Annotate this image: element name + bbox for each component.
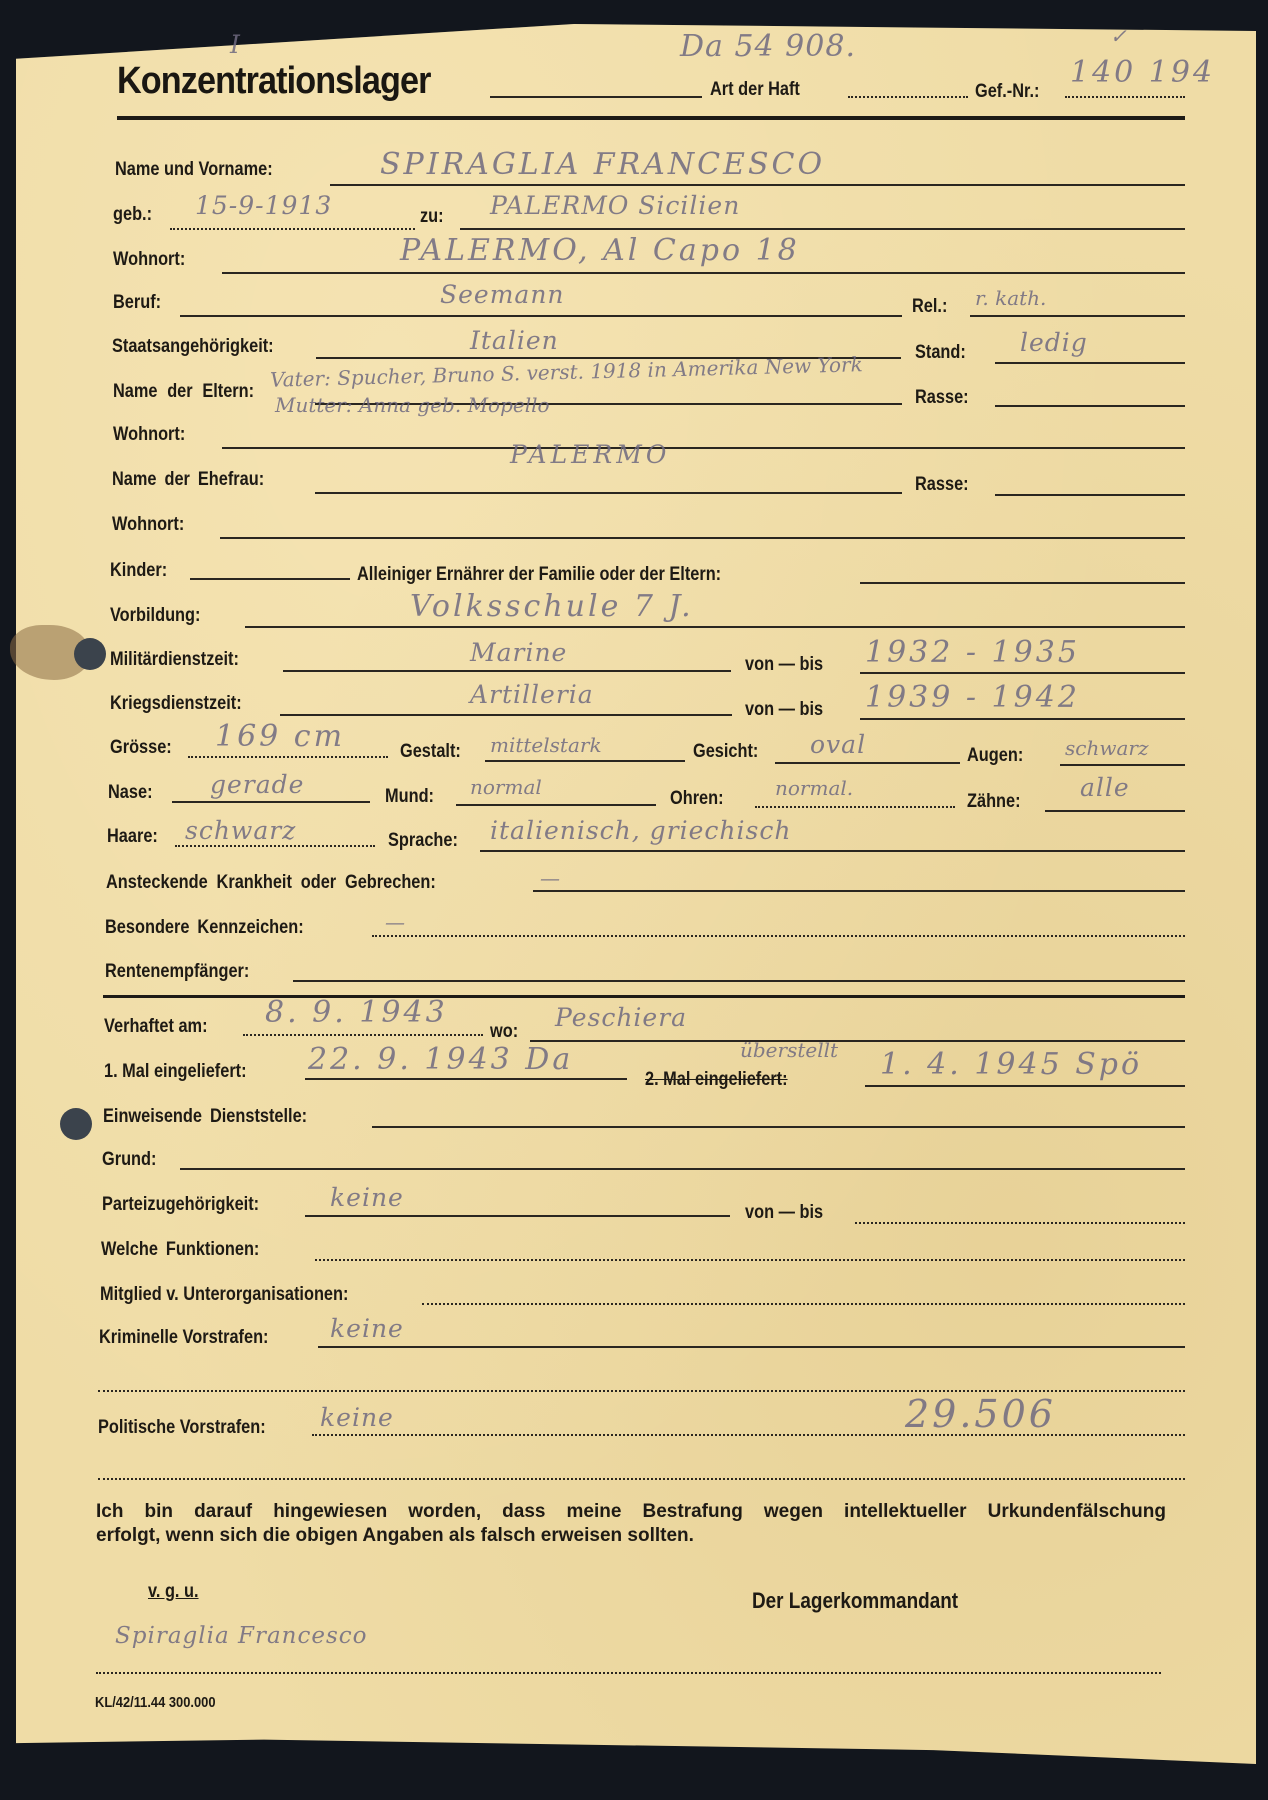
check-mark-icon: ✓: [1110, 26, 1127, 46]
vorbildung-label: Vorbildung:: [110, 606, 200, 625]
declaration-line-2: erfolgt, wenn sich die obigen Angaben al…: [96, 1524, 1166, 1548]
wo-value: Peschiera: [555, 1005, 687, 1030]
zaehne-value: alle: [1080, 775, 1130, 800]
unterorganisationen-field[interactable]: [422, 1303, 1185, 1305]
beruf-label: Beruf:: [113, 293, 161, 312]
mund-value: normal: [470, 777, 542, 797]
einweisende-dienststelle-label: Einweisende Dienststelle:: [103, 1107, 307, 1126]
art-der-haft-field[interactable]: [848, 96, 968, 98]
commandant-label: Der Lagerkommandant: [752, 1590, 958, 1612]
gef-nr-value: 140 194: [1070, 58, 1215, 88]
zu-label: zu:: [420, 207, 444, 226]
wo-field[interactable]: [530, 1040, 1185, 1042]
funktionen-field[interactable]: [315, 1259, 1185, 1261]
zu-value: PALERMO Sicilien: [490, 193, 740, 218]
rentenempfaenger-field[interactable]: [293, 980, 1185, 982]
ehefrau-field[interactable]: [315, 492, 902, 494]
nase-label: Nase:: [108, 783, 153, 802]
zaehne-label: Zähne:: [967, 792, 1021, 811]
wohnort-value: PALERMO, Al Capo 18: [400, 236, 800, 266]
punch-hole-top: [74, 638, 106, 670]
funktionen-label: Welche Funktionen:: [101, 1240, 259, 1259]
kriegsdienstzeit-label: Kriegsdienstzeit:: [110, 694, 242, 713]
ueberstellt-note: überstellt: [740, 1040, 838, 1060]
footer-code: KL/42/11.44 300.000: [95, 1695, 216, 1710]
gef-nr-field[interactable]: [1065, 96, 1185, 98]
kriminelle-vorstrafen-field[interactable]: [318, 1346, 1185, 1348]
wo-label: wo:: [490, 1022, 518, 1041]
number-stamp: 29.506: [905, 1395, 1056, 1433]
vorbildung-field[interactable]: [245, 626, 1185, 628]
parteizugehoerigkeit-label: Parteizugehörigkeit:: [102, 1195, 259, 1214]
groesse-label: Grösse:: [110, 738, 172, 757]
groesse-field[interactable]: [188, 756, 388, 758]
da-number: Da 54 908.: [680, 32, 856, 62]
declaration-line-1: Ich bin darauf hingewiesen worden, dass …: [96, 1500, 1166, 1524]
header-rule: [117, 116, 1185, 120]
staatsangehoerigkeit-label: Staatsangehörigkeit:: [112, 337, 274, 356]
punch-hole-bottom: [60, 1108, 92, 1140]
title-line: [490, 96, 702, 98]
staatsangehoerigkeit-value: Italien: [470, 328, 559, 353]
kennzeichen-field[interactable]: [372, 935, 1185, 937]
augen-field[interactable]: [1060, 764, 1185, 766]
kennzeichen-value: —: [385, 912, 405, 932]
kinder-field[interactable]: [190, 578, 350, 580]
ernaehrer-field[interactable]: [860, 582, 1185, 584]
art-der-haft-label: Art der Haft: [710, 80, 800, 99]
geb-field[interactable]: [170, 228, 415, 230]
mutter-value: Mutter: Anna geb. Mopello: [275, 395, 550, 415]
gef-nr-label: Gef.-Nr.:: [975, 82, 1039, 101]
krieg-value: Artilleria: [470, 682, 594, 707]
extra-line-2: [98, 1478, 1185, 1480]
zaehne-field[interactable]: [1045, 810, 1185, 812]
parteizugehoerigkeit-field[interactable]: [305, 1215, 730, 1217]
eltern-label: Name der Eltern:: [113, 382, 254, 401]
grund-label: Grund:: [102, 1150, 156, 1169]
roman-numeral: I: [230, 32, 241, 57]
verhaftet-field[interactable]: [243, 1034, 483, 1036]
krankheit-value: —: [540, 868, 560, 888]
name-field[interactable]: [330, 184, 1185, 186]
groesse-value: 169 cm: [215, 722, 345, 752]
stand-field[interactable]: [995, 362, 1185, 364]
mal1-field[interactable]: [305, 1078, 627, 1080]
ohren-field[interactable]: [755, 806, 955, 808]
kriminelle-vorstrafen-label: Kriminelle Vorstrafen:: [99, 1328, 269, 1347]
wohnort-field[interactable]: [222, 272, 1185, 274]
geb-label: geb.:: [113, 205, 152, 224]
gestalt-value: mittelstark: [490, 735, 602, 755]
verhaftet-value: 8. 9. 1943: [265, 998, 448, 1028]
rel-field[interactable]: [970, 315, 1185, 317]
rasse-field[interactable]: [995, 405, 1185, 407]
mund-label: Mund:: [385, 787, 434, 806]
einweisende-dienststelle-field[interactable]: [372, 1126, 1185, 1128]
mal2-field[interactable]: [865, 1085, 1185, 1087]
ehefrau-wohnort-label: Wohnort:: [112, 515, 184, 534]
zu-field[interactable]: [460, 228, 1185, 230]
krieg-zeit-value: 1939 - 1942: [865, 683, 1080, 713]
kriegsdienstzeit-field[interactable]: [280, 714, 732, 716]
wohnort-label: Wohnort:: [113, 250, 185, 269]
partei-value: keine: [330, 1185, 404, 1210]
eltern-wohnort-value: PALERMO: [510, 442, 670, 467]
nase-value: gerade: [210, 772, 304, 797]
sprache-label: Sprache:: [388, 831, 458, 850]
von-bis-3-label: von — bis: [745, 1203, 823, 1222]
von-bis-2-label: von — bis: [745, 700, 823, 719]
vorbildung-value: Volksschule 7 J.: [410, 592, 694, 622]
signature: Spiraglia Francesco: [115, 1625, 368, 1648]
mal1-label: 1. Mal eingeliefert:: [104, 1062, 247, 1081]
gestalt-field[interactable]: [485, 760, 685, 762]
augen-label: Augen:: [967, 746, 1023, 765]
name-label: Name und Vorname:: [115, 160, 273, 179]
signature-line: [96, 1672, 1161, 1674]
militaer-zeit-value: 1932 - 1935: [865, 638, 1080, 668]
von-bis-1-label: von — bis: [745, 655, 823, 674]
rasse2-label: Rasse:: [915, 475, 969, 494]
krankheit-field[interactable]: [533, 890, 1185, 892]
militaerdienstzeit-field[interactable]: [283, 670, 731, 672]
beruf-field[interactable]: [180, 315, 902, 317]
krankheit-label: Ansteckende Krankheit oder Gebrechen:: [106, 873, 436, 892]
rel-label: Rel.:: [912, 297, 947, 316]
politische-vorstrafen-label: Politische Vorstrafen:: [98, 1418, 266, 1437]
militaerdienstzeit-label: Militärdienstzeit:: [110, 650, 239, 669]
kennzeichen-label: Besondere Kennzeichen:: [105, 918, 304, 937]
mal2-label: 2. Mal eingeliefert:: [645, 1070, 788, 1089]
rasse2-field[interactable]: [995, 494, 1185, 496]
form-title: Konzentrationslager: [117, 60, 431, 103]
gesicht-field[interactable]: [775, 762, 960, 764]
kriminell-value: keine: [330, 1316, 404, 1341]
ehefrau-label: Name der Ehefrau:: [112, 470, 264, 489]
rasse-label: Rasse:: [915, 388, 969, 407]
gesicht-label: Gesicht:: [693, 742, 758, 761]
unterorganisationen-label: Mitglied v. Unterorganisationen:: [100, 1285, 348, 1304]
haare-label: Haare:: [107, 827, 158, 846]
mal1-value: 22. 9. 1943 Da: [308, 1045, 573, 1075]
stand-label: Stand:: [915, 343, 966, 362]
ehefrau-wohnort-field[interactable]: [220, 537, 1185, 539]
militaer-von-bis-field[interactable]: [860, 672, 1185, 674]
krieg-von-bis-field[interactable]: [860, 718, 1185, 720]
ohren-value: normal.: [775, 778, 853, 798]
declaration: Ich bin darauf hingewiesen worden, dass …: [96, 1500, 1166, 1548]
mal2-value: 1. 4. 1945 Spö: [880, 1050, 1142, 1080]
rel-value: r. kath.: [975, 288, 1046, 308]
eltern-wohnort-field[interactable]: [222, 447, 1185, 449]
eltern-wohnort-label: Wohnort:: [113, 425, 185, 444]
politisch-value: keine: [320, 1405, 394, 1430]
sprache-field[interactable]: [480, 850, 1185, 852]
gesicht-value: oval: [810, 732, 866, 757]
militaer-value: Marine: [470, 640, 567, 665]
stand-value: ledig: [1020, 330, 1088, 355]
verhaftet-label: Verhaftet am:: [104, 1017, 208, 1036]
haare-value: schwarz: [185, 818, 296, 843]
geb-value: 15-9-1913: [195, 193, 332, 218]
rentenempfaenger-label: Rentenempfänger:: [105, 962, 249, 981]
mund-field[interactable]: [456, 804, 656, 806]
ernaehrer-label: Alleiniger Ernährer der Familie oder der…: [357, 565, 721, 584]
ohren-label: Ohren:: [670, 789, 724, 808]
nase-field[interactable]: [172, 801, 370, 803]
kinder-label: Kinder:: [110, 561, 167, 580]
vgu-label: v. g. u.: [148, 1582, 199, 1601]
augen-value: schwarz: [1065, 738, 1149, 758]
sprache-value: italienisch, griechisch: [490, 818, 791, 843]
name-value: SPIRAGLIA FRANCESCO: [380, 150, 825, 180]
beruf-value: Seemann: [440, 282, 565, 307]
grund-field[interactable]: [180, 1168, 1185, 1170]
partei-von-bis-field[interactable]: [855, 1222, 1185, 1224]
gestalt-label: Gestalt:: [400, 742, 461, 761]
haare-field[interactable]: [175, 845, 375, 847]
